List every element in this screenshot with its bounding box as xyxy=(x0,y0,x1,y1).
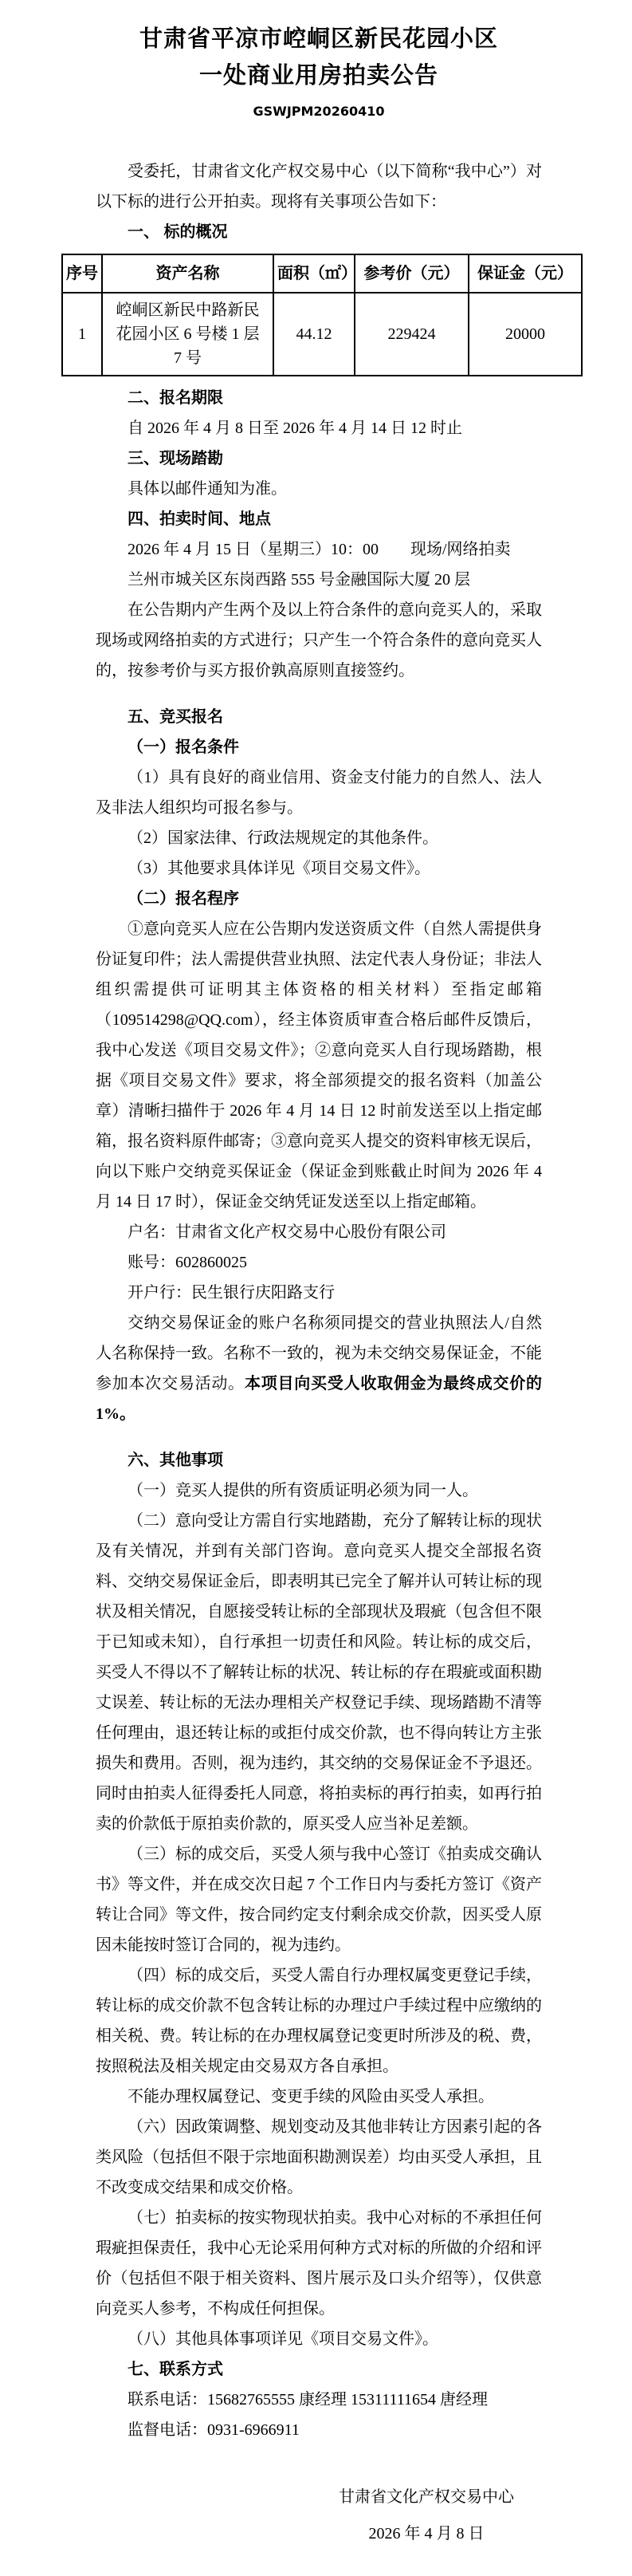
deposit-note-paragraph: 交纳交易保证金的账户名称须同提交的营业执照法人/自然人名称保持一致。名称不一致的… xyxy=(96,1308,542,1429)
other-item-8: （八）其他具体事项详见《项目交易文件》。 xyxy=(96,2324,542,2354)
other-item-4: （四）标的成交后，买受人需自行办理权属变更登记手续，转让标的成交价款不包含转让标… xyxy=(96,1960,542,2082)
condition-item-2: （2）国家法律、行政法规规定的其他条件。 xyxy=(96,823,542,853)
condition-item-3: （3）其他要求具体详见《项目交易文件》。 xyxy=(96,853,542,884)
col-header-area: 面积（㎡） xyxy=(273,254,355,293)
table-header-row: 序号 资产名称 面积（㎡） 参考价（元） 保证金（元） xyxy=(62,254,582,293)
cell-area: 44.12 xyxy=(273,293,355,376)
bank-line: 开户行：民生银行庆阳路支行 xyxy=(96,1278,542,1308)
issuer-org: 甘肃省文化产权交易中心 xyxy=(311,2479,542,2515)
col-header-index: 序号 xyxy=(62,254,102,293)
cell-deposit: 20000 xyxy=(469,293,582,376)
site-survey-note: 具体以邮件通知为准。 xyxy=(96,474,542,504)
intro-paragraph: 受委托，甘肃省文化产权交易中心（以下简称“我中心”）对以下标的进行公开拍卖。现将… xyxy=(96,156,542,217)
other-item-6: （六）因政策调整、规划变动及其他非转让方因素引起的各类风险（包括但不限于宗地面积… xyxy=(96,2112,542,2203)
section4-heading: 四、拍卖时间、地点 xyxy=(96,504,542,534)
doc-title-line1: 甘肃省平凉市崆峒区新民花园小区 xyxy=(96,21,542,57)
section5-sub1-heading: （一）报名条件 xyxy=(96,732,542,762)
condition-item-1: （1）具有良好的商业信用、资金支付能力的自然人、法人及非法人组织均可报名参与。 xyxy=(96,762,542,823)
issue-date: 2026 年 4 月 8 日 xyxy=(311,2515,542,2552)
auction-method-paragraph: 在公告期内产生两个及以上符合条件的意向竞买人的，采取现场或网络拍卖的方式进行；只… xyxy=(96,595,542,686)
other-item-5: 不能办理权属登记、变更手续的风险由买受人承担。 xyxy=(96,2082,542,2112)
auction-announcement-document: 甘肃省平凉市崆峒区新民花园小区 一处商业用房拍卖公告 GSWJPM2026041… xyxy=(0,0,632,2576)
contact-phone-line: 联系电话：15682765555 康经理 15311111654 唐经理 xyxy=(96,2385,542,2415)
section5-heading: 五、竞买报名 xyxy=(96,702,542,732)
other-item-3: （三）标的成交后，买受人须与我中心签订《拍卖成交确认书》等文件，并在成交次日起 … xyxy=(96,1839,542,1960)
doc-code: GSWJPM20260410 xyxy=(96,102,542,121)
other-item-1: （一）竞买人提供的所有资质证明必须为同一人。 xyxy=(96,1475,542,1506)
table-row: 1 崆峒区新民中路新民花园小区 6 号楼 1 层 7 号 44.12 22942… xyxy=(62,293,582,376)
section6-heading: 六、其他事项 xyxy=(96,1445,542,1475)
col-header-reference-price: 参考价（元） xyxy=(355,254,469,293)
section5-sub2-heading: （二）报名程序 xyxy=(96,884,542,914)
other-item-2: （二）意向受让方需自行实地踏勘，充分了解转让标的现状及有关情况，并到有关部门咨询… xyxy=(96,1506,542,1839)
cell-asset-name: 崆峒区新民中路新民花园小区 6 号楼 1 层 7 号 xyxy=(102,293,273,376)
auction-time-line: 2026 年 4 月 15 日（星期三）10：00 现场/网络拍卖 xyxy=(96,534,542,565)
account-name-line: 户名：甘肃省文化产权交易中心股份有限公司 xyxy=(96,1217,542,1247)
section7-heading: 七、联系方式 xyxy=(96,2354,542,2385)
section2-heading: 二、报名期限 xyxy=(96,383,542,413)
registration-period: 自 2026 年 4 月 8 日至 2026 年 4 月 14 日 12 时止 xyxy=(96,413,542,443)
col-header-deposit: 保证金（元） xyxy=(469,254,582,293)
section1-heading: 一、 标的概况 xyxy=(96,217,542,247)
cell-index: 1 xyxy=(62,293,102,376)
doc-title-line2: 一处商业用房拍卖公告 xyxy=(96,57,542,94)
registration-procedure-paragraph: ①意向竞买人应在公告期内发送资质文件（自然人需提供身份证复印件；法人需提供营业执… xyxy=(96,914,542,1217)
signature-block: 甘肃省文化产权交易中心 2026 年 4 月 8 日 xyxy=(311,2479,542,2552)
auction-address-line: 兰州市城关区东岗西路 555 号金融国际大厦 20 层 xyxy=(96,565,542,595)
section3-heading: 三、现场踏勘 xyxy=(96,443,542,474)
supervision-phone-line: 监督电话：0931-6966911 xyxy=(96,2415,542,2445)
cell-reference-price: 229424 xyxy=(355,293,469,376)
col-header-asset-name: 资产名称 xyxy=(102,254,273,293)
other-item-7: （七）拍卖标的按实物现状拍卖。我中心对标的不承担任何瑕疵担保责任，我中心无论采用… xyxy=(96,2203,542,2324)
assets-table: 序号 资产名称 面积（㎡） 参考价（元） 保证金（元） 1 崆峒区新民中路新民花… xyxy=(61,254,583,376)
account-number-line: 账号：602860025 xyxy=(96,1247,542,1278)
